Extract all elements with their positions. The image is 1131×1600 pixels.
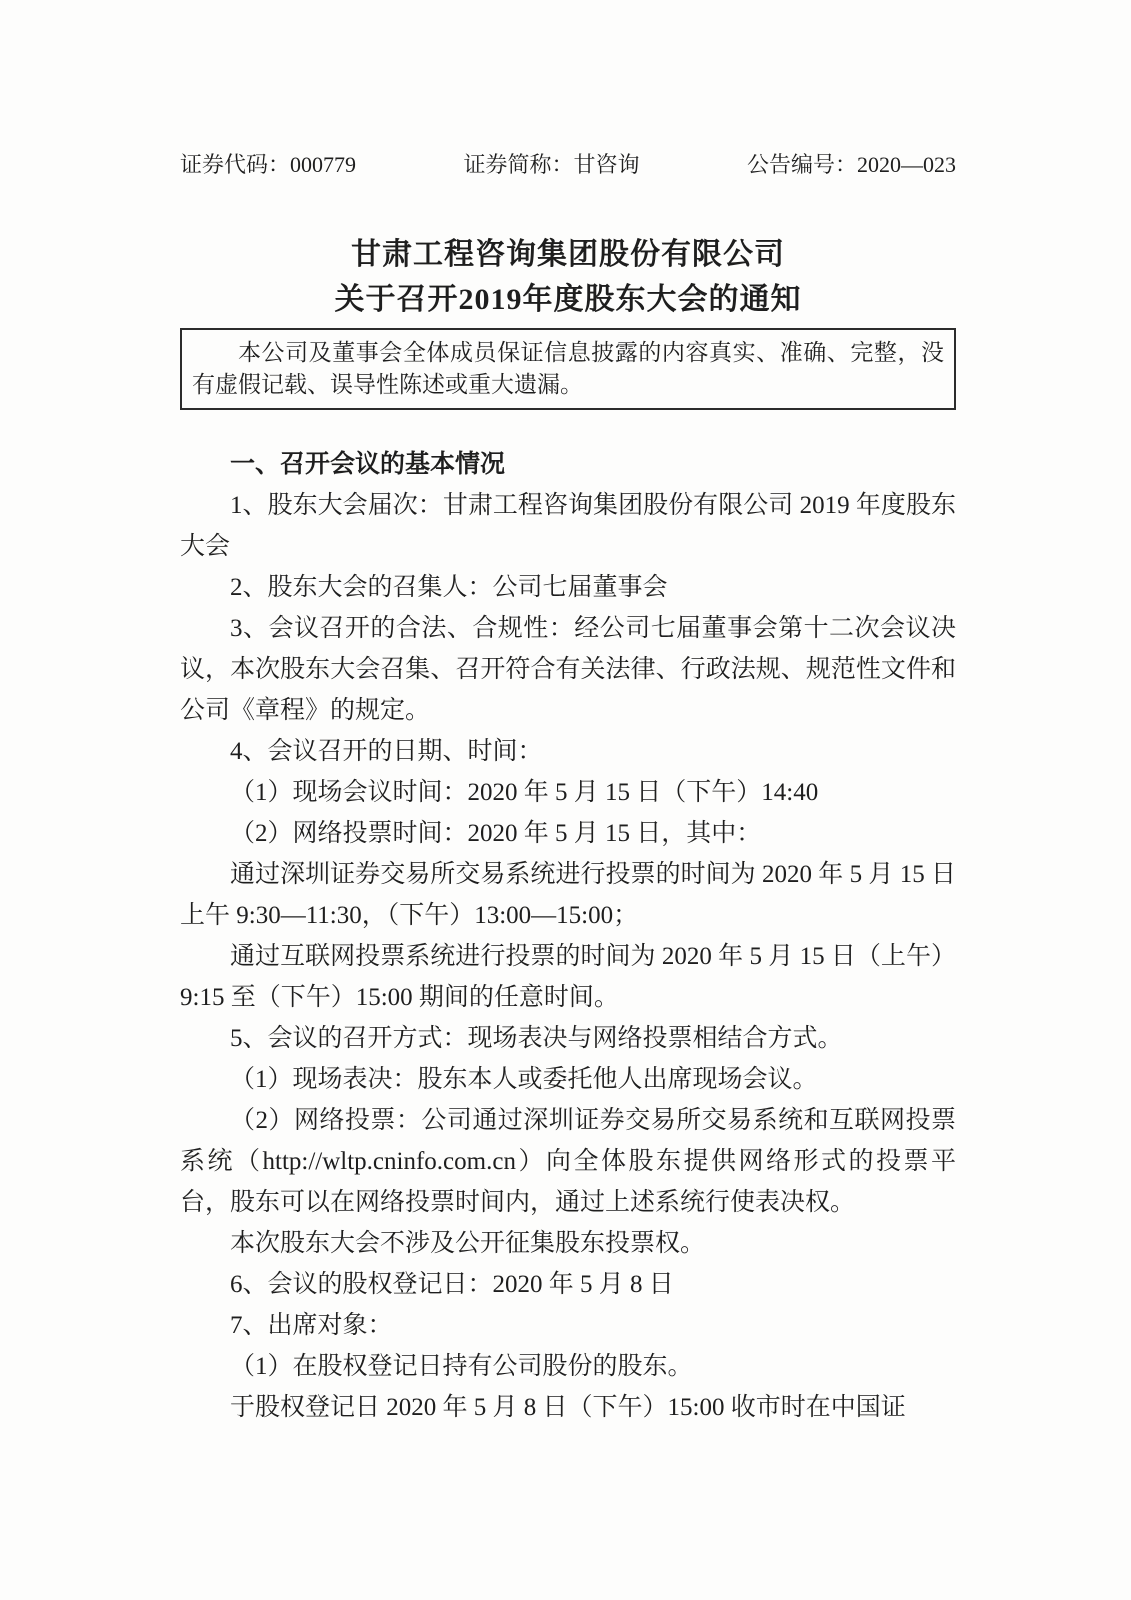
document-page: 证券代码：000779 证券简称：甘咨询 公告编号：2020—023 甘肃工程咨… <box>0 0 1131 1600</box>
paragraph-date-time: 4、会议召开的日期、时间： <box>180 731 956 772</box>
paragraph-onsite-voting: （1）现场表决：股东本人或委托他人出席现场会议。 <box>180 1059 956 1100</box>
paragraph-onsite-time: （1）现场会议时间：2020 年 5 月 15 日（下午）14:40 <box>180 772 956 813</box>
stock-code: 证券代码：000779 <box>180 150 356 180</box>
document-header: 证券代码：000779 证券简称：甘咨询 公告编号：2020—023 <box>180 150 956 180</box>
paragraph-meeting-session: 1、股东大会届次：甘肃工程咨询集团股份有限公司 2019 年度股东大会 <box>180 485 956 567</box>
paragraph-online-time: （2）网络投票时间：2020 年 5 月 15 日，其中： <box>180 813 956 854</box>
paragraph-record-date: 6、会议的股权登记日：2020 年 5 月 8 日 <box>180 1264 956 1305</box>
paragraph-legality: 3、会议召开的合法、合规性：经公司七届董事会第十二次会议决议，本次股东大会召集、… <box>180 608 956 731</box>
paragraph-meeting-method: 5、会议的召开方式：现场表决与网络投票相结合方式。 <box>180 1018 956 1059</box>
stock-name: 证券简称：甘咨询 <box>463 150 639 180</box>
document-title: 甘肃工程咨询集团股份有限公司 关于召开2019年度股东大会的通知 <box>180 232 956 322</box>
paragraph-shareholders: （1）在股权登记日持有公司股份的股东。 <box>180 1346 956 1387</box>
paragraph-szse-voting-time: 通过深圳证券交易所交易系统进行投票的时间为 2020 年 5 月 15 日上午 … <box>180 854 956 936</box>
document-body: 一、召开会议的基本情况 1、股东大会届次：甘肃工程咨询集团股份有限公司 2019… <box>180 444 956 1428</box>
notice-number: 公告编号：2020—023 <box>747 150 956 180</box>
paragraph-no-solicitation: 本次股东大会不涉及公开征集股东投票权。 <box>180 1223 956 1264</box>
document-content: 证券代码：000779 证券简称：甘咨询 公告编号：2020—023 甘肃工程咨… <box>180 150 956 1428</box>
disclaimer-text: 本公司及董事会全体成员保证信息披露的内容真实、准确、完整，没有虚假记载、误导性陈… <box>192 340 944 397</box>
company-name-title: 甘肃工程咨询集团股份有限公司 <box>180 232 956 277</box>
paragraph-attendees: 7、出席对象： <box>180 1305 956 1346</box>
section-heading: 一、召开会议的基本情况 <box>180 444 956 485</box>
paragraph-network-voting: （2）网络投票：公司通过深圳证券交易所交易系统和互联网投票系统（http://w… <box>180 1100 956 1223</box>
paragraph-record-date-detail: 于股权登记日 2020 年 5 月 8 日（下午）15:00 收市时在中国证 <box>180 1387 956 1428</box>
disclaimer-box: 本公司及董事会全体成员保证信息披露的内容真实、准确、完整，没有虚假记载、误导性陈… <box>180 328 956 410</box>
paragraph-convener: 2、股东大会的召集人：公司七届董事会 <box>180 567 956 608</box>
paragraph-internet-voting-time: 通过互联网投票系统进行投票的时间为 2020 年 5 月 15 日（上午）9:1… <box>180 936 956 1018</box>
notice-title: 关于召开2019年度股东大会的通知 <box>180 277 956 322</box>
